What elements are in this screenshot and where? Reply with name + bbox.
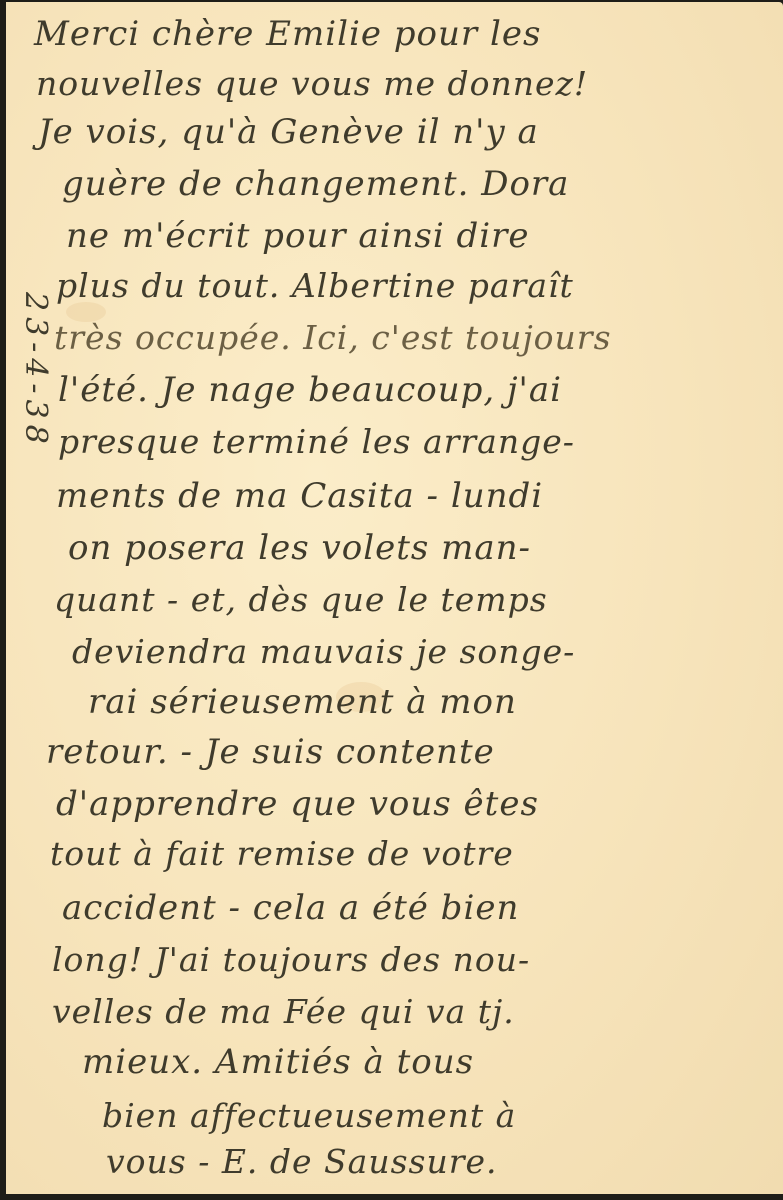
text-line: l'été. Je nage beaucoup, j'ai (58, 370, 562, 410)
text-line: ne m'écrit pour ainsi dire (66, 216, 530, 256)
text-line: retour. - Je suis contente (46, 732, 495, 772)
text-line: presque terminé les arrange- (58, 422, 575, 461)
text-line: quant - et, dès que le temps (54, 580, 548, 619)
text-line: nouvelles que vous me donnez! (36, 64, 588, 103)
text-line: rai sérieusement à mon (88, 682, 517, 722)
text-line: très occupée. Ici, c'est toujours (54, 318, 612, 357)
text-line: accident - cela a été bien (62, 888, 519, 928)
text-line: long! J'ai toujours des nou- (52, 940, 530, 979)
text-line: mieux. Amitiés à tous (82, 1042, 474, 1082)
text-line: tout à fait remise de votre (50, 834, 514, 873)
text-line: ments de ma Casita - lundi (56, 476, 543, 516)
text-line: Je vois, qu'à Genève il n'y a (38, 112, 539, 152)
text-line: d'apprendre que vous êtes (56, 784, 539, 824)
text-line: plus du tout. Albertine paraît (56, 266, 574, 305)
text-line: deviendra mauvais je songe- (72, 632, 575, 671)
text-line: vous - E. de Saussure. (106, 1142, 498, 1181)
text-line: Merci chère Emilie pour les (34, 14, 541, 54)
text-line: bien affectueusement à (102, 1096, 516, 1135)
text-line: guère de changement. Dora (62, 164, 569, 204)
postcard: 23-4-38 Merci chère Emilie pour les nouv… (6, 2, 783, 1194)
margin-date: 23-4-38 (18, 292, 53, 450)
text-line: velles de ma Fée qui va tj. (52, 992, 515, 1031)
text-line: on posera les volets man- (68, 528, 531, 568)
